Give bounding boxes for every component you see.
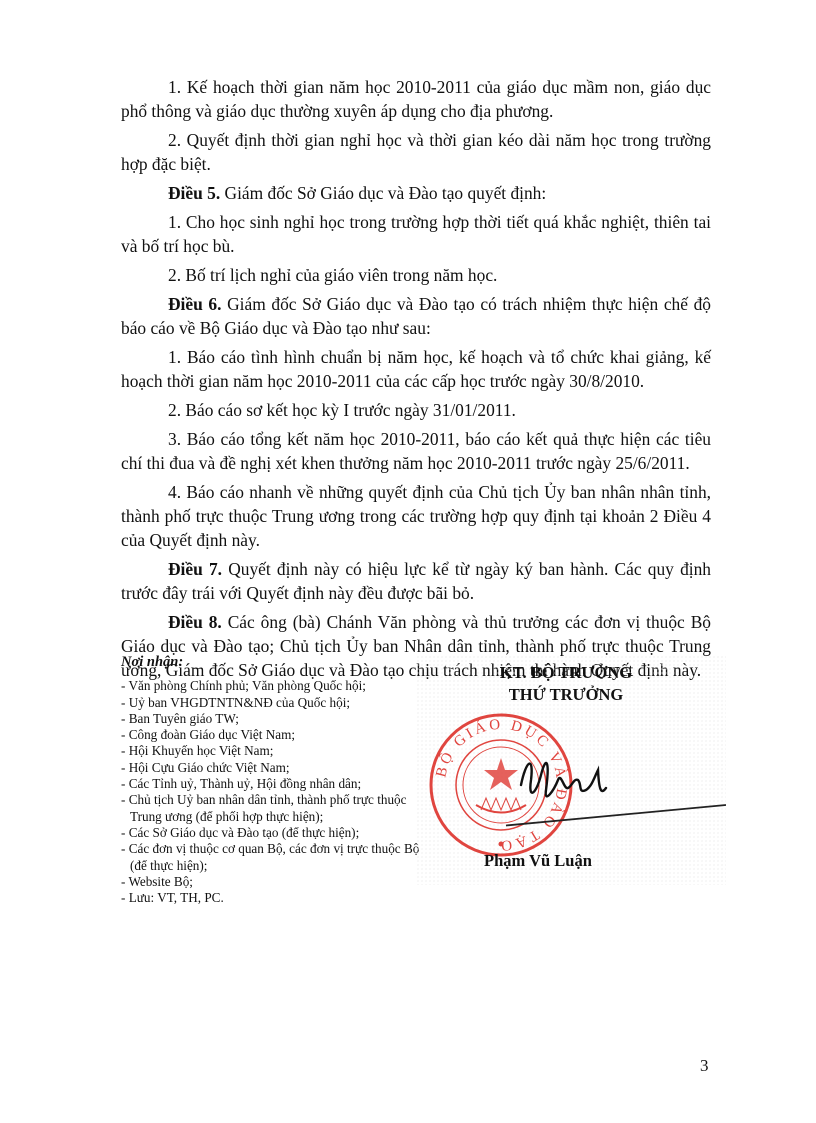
recipient-item: - Văn phòng Chính phủ; Văn phòng Quốc hộ… (121, 678, 421, 694)
clause-paragraph: 2. Quyết định thời gian nghỉ học và thời… (121, 128, 711, 176)
recipients-title: Nơi nhận: (121, 654, 421, 670)
recipient-item: - Các Tỉnh uỷ, Thành uỷ, Hội đồng nhân d… (121, 776, 421, 792)
paragraph-text: 4. Báo cáo nhanh về những quyết định của… (121, 482, 711, 550)
handwritten-signature-icon (506, 750, 726, 830)
recipient-item: - Ban Tuyên giáo TW; (121, 711, 421, 727)
recipient-item: - Hội Cựu Giáo chức Việt Nam; (121, 760, 421, 776)
article-heading: Điều 8. (168, 612, 222, 632)
recipient-item: - Các Sở Giáo dục và Đào tạo (để thực hi… (121, 825, 421, 841)
paragraph-text: 1. Kế hoạch thời gian năm học 2010-2011 … (121, 77, 711, 121)
paragraph-text: 3. Báo cáo tổng kết năm học 2010-2011, b… (121, 429, 711, 473)
signer-name: Phạm Vũ Luận (484, 851, 592, 871)
clause-paragraph: 1. Cho học sinh nghỉ học trong trường hợ… (121, 210, 711, 258)
signature-block: KT. BỘ TRƯỞNG THỨ TRƯỞNG BỘ GIÁO DỤC VÀ … (416, 655, 726, 885)
recipient-item: - Chủ tịch Uỷ ban nhân dân tỉnh, thành p… (121, 792, 421, 825)
recipient-item: - Công đoàn Giáo dục Việt Nam; (121, 727, 421, 743)
document-body: 1. Kế hoạch thời gian năm học 2010-2011 … (121, 75, 711, 687)
recipient-item: - Hội Khuyến học Việt Nam; (121, 743, 421, 759)
article-heading: Điều 6. (168, 294, 221, 314)
paragraph-text: 2. Quyết định thời gian nghỉ học và thời… (121, 130, 711, 174)
recipient-item: - Lưu: VT, TH, PC. (121, 890, 421, 906)
signature-title-line1: KT. BỘ TRƯỞNG (411, 663, 721, 683)
page-number: 3 (700, 1056, 709, 1076)
paragraph-text: 2. Bố trí lịch nghỉ của giáo viên trong … (168, 265, 497, 285)
clause-paragraph: 1. Báo cáo tình hình chuẩn bị năm học, k… (121, 345, 711, 393)
clause-paragraph: 3. Báo cáo tổng kết năm học 2010-2011, b… (121, 427, 711, 475)
article-heading: Điều 7. (168, 559, 222, 579)
document-page: 1. Kế hoạch thời gian năm học 2010-2011 … (0, 0, 816, 1123)
article-paragraph: Điều 6. Giám đốc Sở Giáo dục và Đào tạo … (121, 292, 711, 340)
paragraph-text: 1. Báo cáo tình hình chuẩn bị năm học, k… (121, 347, 711, 391)
recipient-item: - Các đơn vị thuộc cơ quan Bộ, các đơn v… (121, 841, 421, 874)
paragraph-text: 1. Cho học sinh nghỉ học trong trường hợ… (121, 212, 711, 256)
paragraph-text: Giám đốc Sở Giáo dục và Đào tạo quyết đị… (220, 183, 546, 203)
article-paragraph: Điều 5. Giám đốc Sở Giáo dục và Đào tạo … (121, 181, 711, 205)
clause-paragraph: 4. Báo cáo nhanh về những quyết định của… (121, 480, 711, 552)
recipients-block: Nơi nhận: - Văn phòng Chính phủ; Văn phò… (121, 654, 421, 906)
article-paragraph: Điều 7. Quyết định này có hiệu lực kể từ… (121, 557, 711, 605)
clause-paragraph: 2. Báo cáo sơ kết học kỳ I trước ngày 31… (121, 398, 711, 422)
clause-paragraph: 2. Bố trí lịch nghỉ của giáo viên trong … (121, 263, 711, 287)
paragraph-text: 2. Báo cáo sơ kết học kỳ I trước ngày 31… (168, 400, 516, 420)
article-heading: Điều 5. (168, 183, 220, 203)
recipients-list: - Văn phòng Chính phủ; Văn phòng Quốc hộ… (121, 678, 421, 906)
signature-title-line2: THỨ TRƯỞNG (411, 685, 721, 705)
recipient-item: - Website Bộ; (121, 874, 421, 890)
recipient-item: - Uỷ ban VHGDTNTN&NĐ của Quốc hội; (121, 695, 421, 711)
clause-paragraph: 1. Kế hoạch thời gian năm học 2010-2011 … (121, 75, 711, 123)
